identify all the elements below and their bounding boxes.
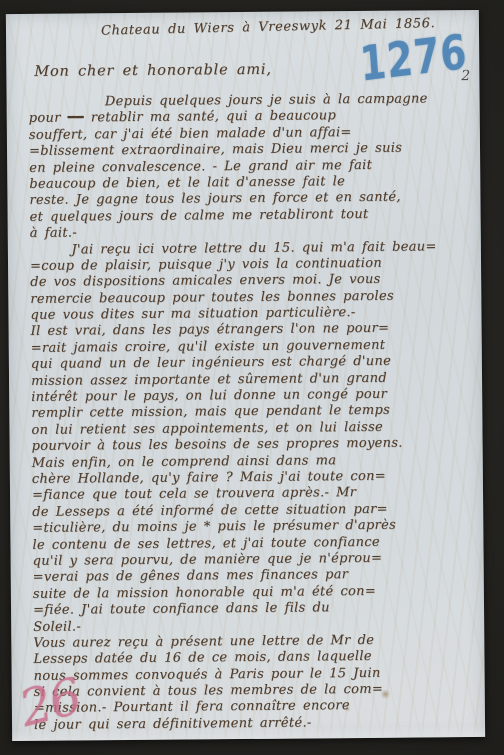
archival-suffix-mark: 2	[461, 68, 470, 84]
photo-backdrop: Chateau du Wiers à Vreeswyk 21 Mai 1856.…	[0, 0, 504, 755]
letter-line: le jour qui sera définitivement arrêté.-	[34, 714, 482, 734]
archival-number-blue-pencil: 1276	[358, 24, 469, 93]
salutation: Mon cher et honorable ami,	[34, 62, 272, 80]
letter-sheet: Chateau du Wiers à Vreeswyk 21 Mai 1856.…	[6, 10, 485, 741]
letter-body: Depuis quelques jours je suis à la campa…	[29, 91, 483, 734]
